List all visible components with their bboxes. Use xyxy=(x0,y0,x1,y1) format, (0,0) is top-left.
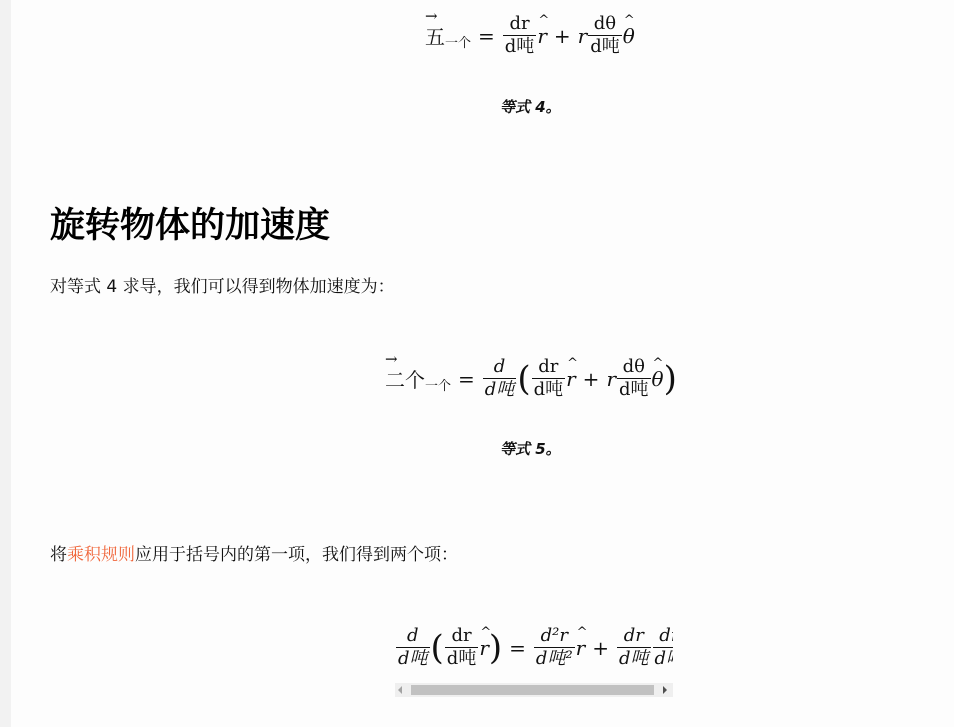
fraction-dtheta-dt: dθ d吨 xyxy=(588,14,622,57)
equation-6-scroll-area[interactable]: d d吨 ( dr d吨 r ) = d²r d吨² r + dr d吨 dr̂… xyxy=(395,622,673,682)
left-paren: ( xyxy=(517,362,530,396)
equals-sign: = xyxy=(478,24,495,48)
lhs-subscript: 一个 xyxy=(425,375,451,394)
r-hat: r xyxy=(537,24,547,48)
fraction-dr-dt-2: dr d吨 xyxy=(617,626,651,669)
horizontal-scrollbar[interactable] xyxy=(395,683,673,697)
fraction-dr-dt: dr d吨 xyxy=(532,357,566,400)
equation-5-caption: 等式 5。 xyxy=(500,438,561,459)
intro-paragraph: 对等式 4 求导，我们可以得到物体加速度为： xyxy=(50,272,395,297)
equation-6: d d吨 ( dr d吨 r ) = d²r d吨² r + dr d吨 dr̂… xyxy=(395,626,673,669)
equals-sign: = xyxy=(458,367,475,391)
scroll-left-arrow-icon[interactable] xyxy=(398,686,402,694)
equation-5: 二个 一个 = d d吨 ( dr d吨 r + r dθ d吨 θ ) xyxy=(385,357,677,400)
lhs-subscript: 一个 xyxy=(445,32,471,51)
plus-sign: + xyxy=(554,24,571,48)
plus-sign: + xyxy=(583,367,600,391)
equation-4: 五 一个 = dr d吨 r + r dθ d吨 θ xyxy=(425,14,635,57)
equation-4-caption: 等式 4。 xyxy=(500,96,561,117)
section-heading: 旋转物体的加速度 xyxy=(50,198,330,248)
left-rail xyxy=(0,0,11,727)
theta-hat: θ xyxy=(623,24,635,48)
lhs-vector: 五 xyxy=(425,21,445,50)
fraction-dr-dt: dr d吨 xyxy=(503,14,537,57)
theta-hat: θ xyxy=(652,367,664,391)
scroll-right-arrow-icon[interactable] xyxy=(663,686,667,694)
fraction-d-dt: d d吨 xyxy=(396,626,430,669)
equals-sign: = xyxy=(509,636,526,660)
product-rule-link[interactable]: 乘积规则 xyxy=(67,545,135,565)
left-paren: ( xyxy=(431,631,444,665)
coefficient-r: r xyxy=(606,367,616,391)
r-hat: r xyxy=(479,636,489,660)
plus-sign: + xyxy=(592,636,609,660)
r-hat: r xyxy=(566,367,576,391)
fraction-drhat-dt: dr̂ d吨 xyxy=(653,626,673,669)
lhs-vector: 二个 xyxy=(385,364,425,393)
right-paren: ) xyxy=(664,362,677,396)
r-hat: r xyxy=(576,636,586,660)
product-rule-paragraph: 将乘积规则应用于括号内的第一项，我们得到两个项： xyxy=(50,540,458,565)
scrollbar-thumb[interactable] xyxy=(411,685,654,695)
fraction-dr-dt: dr d吨 xyxy=(445,626,479,669)
fraction-dtheta-dt: dθ d吨 xyxy=(617,357,651,400)
fraction-d-dt: d d吨 xyxy=(483,357,517,400)
fraction-d2r-dt2: d²r d吨² xyxy=(534,626,575,669)
coefficient-r: r xyxy=(578,24,588,48)
